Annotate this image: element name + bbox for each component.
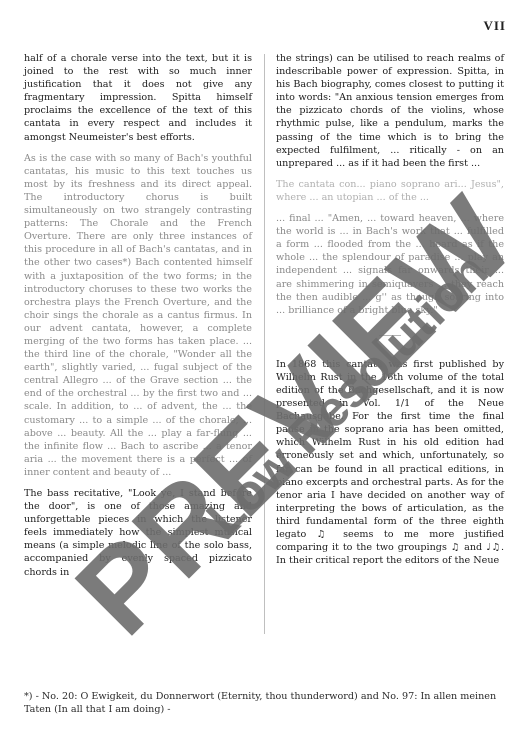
paragraph: As is the case with so many of Bach's yo… (24, 152, 252, 479)
paragraph: half of a chorale verse into the text, b… (24, 52, 252, 144)
paragraph: The cantata con... piano soprano ari... … (276, 178, 504, 204)
column-divider (264, 54, 265, 634)
page-number: VII (483, 18, 506, 34)
paragraph: In 1868 this cantata was first published… (276, 358, 504, 568)
paragraph: ... final ... "Amen, ... toward heaven, … (276, 212, 504, 317)
right-column: the strings) can be utilised to reach re… (276, 52, 504, 575)
left-column: half of a chorale verse into the text, b… (24, 52, 252, 587)
section-rule (379, 335, 401, 336)
footnote: *) - No. 20: O Ewigkeit, du Donnerwort (… (24, 690, 504, 716)
paragraph: The bass recitative, "Look ye, I stand b… (24, 487, 252, 579)
paragraph: the strings) can be utilised to reach re… (276, 52, 504, 170)
